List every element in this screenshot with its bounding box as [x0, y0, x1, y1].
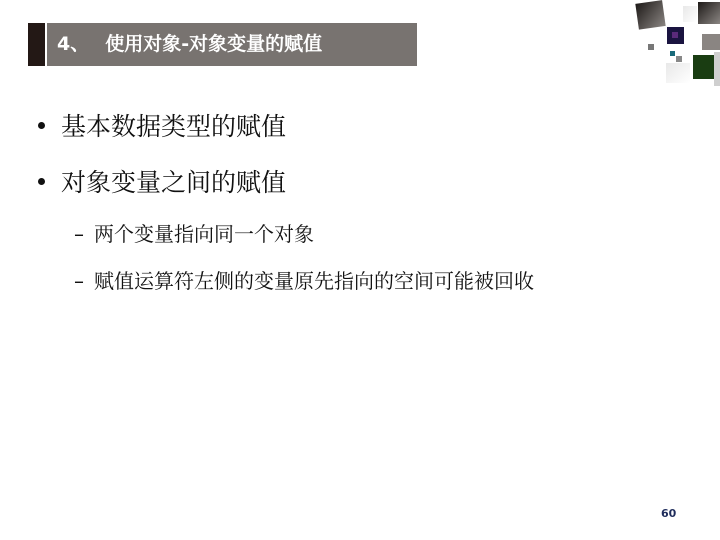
decorative-tiles-image — [580, 0, 720, 140]
bullet-dot-icon — [38, 178, 45, 185]
bullet-text: 基本数据类型的赋值 — [61, 112, 286, 141]
bullet-dot-icon — [38, 122, 45, 129]
slide-title: 4、使用对象-对象变量的赋值 — [47, 23, 417, 66]
title-accent-bar — [28, 23, 45, 66]
sub-bullet-text: 赋值运算符左侧的变量原先指向的空间可能被回收 — [94, 269, 534, 293]
title-number: 4、 — [57, 33, 89, 55]
title-text: 使用对象-对象变量的赋值 — [105, 33, 322, 55]
bullet-text: 对象变量之间的赋值 — [61, 168, 286, 197]
dash-icon: – — [74, 269, 84, 293]
page-number: 60 — [661, 507, 676, 520]
sub-bullet-text: 两个变量指向同一个对象 — [94, 222, 314, 246]
sub-bullet-item: –两个变量指向同一个对象 — [74, 218, 314, 247]
dash-icon: – — [74, 222, 84, 246]
bullet-item: 基本数据类型的赋值 — [38, 107, 286, 143]
sub-bullet-item: –赋值运算符左侧的变量原先指向的空间可能被回收 — [74, 265, 534, 294]
bullet-item: 对象变量之间的赋值 — [38, 163, 286, 199]
